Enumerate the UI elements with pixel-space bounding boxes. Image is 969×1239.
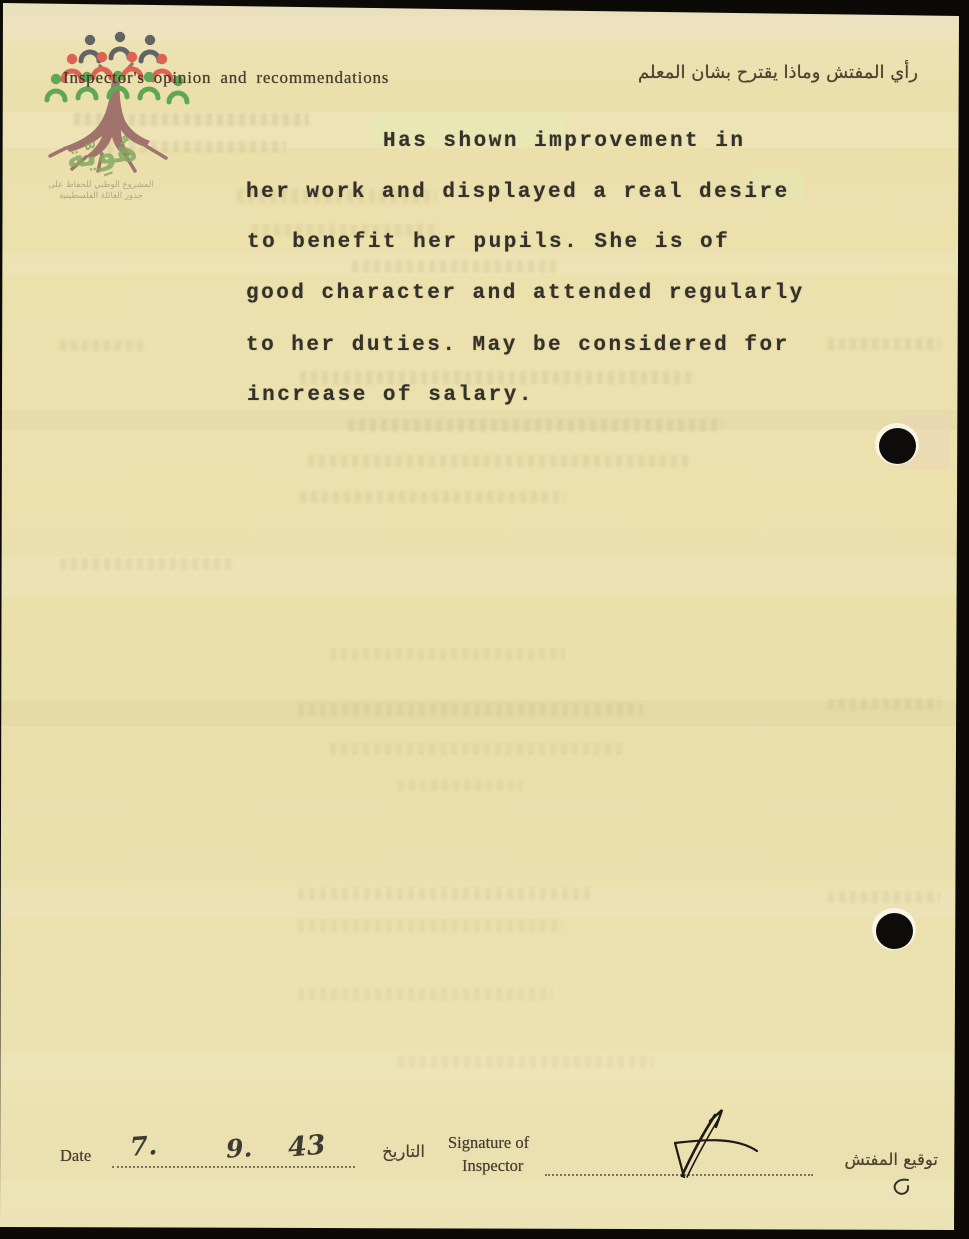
bleed-through-mark — [828, 338, 940, 350]
date-label-arabic: التاريخ — [355, 1142, 425, 1161]
bleed-through-mark — [348, 419, 723, 432]
signature-label-line1: Signature of — [448, 1133, 529, 1153]
paper-sheet: هُوِيّة المشروع الوطني للحفاظ على جذور ا… — [0, 0, 969, 1239]
bleed-through-mark — [60, 340, 145, 351]
inspector-signature-flourish — [640, 1100, 800, 1190]
remarks-line: good character and attended regularly — [246, 282, 805, 305]
form-title-english: Inspector's opinion and recommendations — [63, 68, 389, 88]
date-label-english: Date — [60, 1146, 91, 1166]
bleed-through-mark — [398, 1056, 653, 1068]
hole-punch-hole — [876, 913, 913, 949]
bleed-through-mark — [60, 558, 235, 570]
bleed-through-mark — [828, 698, 940, 710]
signature-label-arabic: توقيع المفتش — [818, 1150, 938, 1169]
hole-punch-hole — [879, 428, 916, 464]
bleed-through-mark — [300, 491, 565, 503]
remarks-line: to her duties. May be considered for — [246, 334, 790, 357]
bleed-through-mark — [352, 260, 557, 273]
handwritten-date-year: 43 — [287, 1129, 327, 1163]
bleed-through-mark — [298, 988, 553, 1000]
logo-tagline-line1: المشروع الوطني للحفاظ على — [36, 180, 166, 191]
bleed-through-mark — [298, 703, 643, 716]
bleed-through-mark — [298, 920, 563, 932]
signature-label-line2: Inspector — [462, 1156, 523, 1176]
corner-ink-scribble — [885, 1176, 920, 1202]
remarks-line: Has shown improvement in — [383, 130, 745, 153]
form-title-arabic: رأي المفتش وماذا يقترح بشان المعلم — [638, 62, 940, 83]
bleed-through-mark — [828, 891, 940, 903]
scan-band — [0, 1180, 969, 1230]
bleed-through-mark — [308, 455, 693, 467]
scan-band — [0, 556, 969, 596]
scanned-document-page: { "page": { "kind": "Scanned archival sc… — [0, 0, 969, 1239]
bleed-through-mark — [398, 780, 523, 791]
handwritten-date-month: 9. — [225, 1133, 253, 1163]
remarks-line: her work and displayed a real desire — [246, 181, 790, 204]
scan-band — [0, 252, 969, 276]
bleed-through-mark — [300, 371, 695, 384]
logo-tagline-line2: جذور العائلة الفلسطينية — [36, 191, 166, 202]
scan-band — [0, 700, 969, 726]
bleed-through-mark — [330, 743, 625, 755]
scan-band — [0, 410, 969, 430]
bleed-through-mark — [330, 648, 565, 660]
scan-band — [0, 1052, 969, 1080]
scan-band — [0, 888, 969, 918]
remarks-line: increase of salary. — [247, 384, 534, 407]
handwritten-date-day: 7. — [129, 1131, 158, 1163]
bleed-through-mark — [298, 888, 593, 900]
logo-tagline-arabic: المشروع الوطني للحفاظ على جذور العائلة ا… — [36, 180, 166, 202]
remarks-line: to benefit her pupils. She is of — [247, 231, 730, 254]
